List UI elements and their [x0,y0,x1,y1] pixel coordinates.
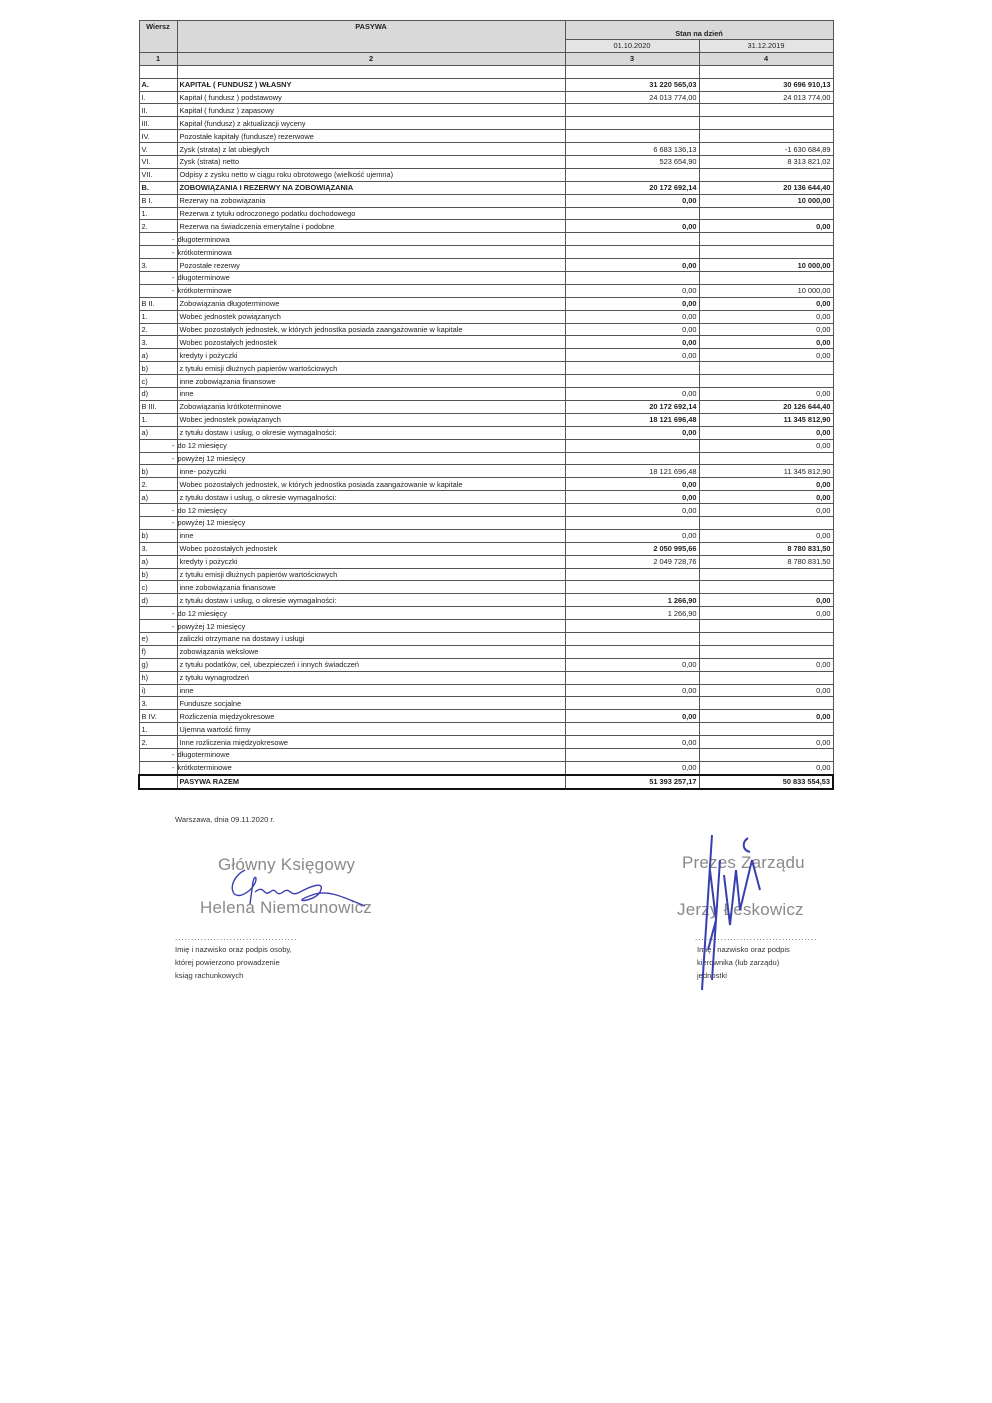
row-id: d) [139,594,177,607]
value-previous [699,581,833,594]
table-row: -krótkoterminowa [139,246,833,259]
row-id: B II. [139,297,177,310]
value-current: 0,00 [565,297,699,310]
value-current [565,272,699,285]
row-label: inne- pożyczki [177,465,565,478]
table-spacer-row [139,65,833,78]
row-id: e) [139,632,177,645]
value-previous [699,233,833,246]
table-row: g)z tytułu podatków, ceł, ubezpieczeń i … [139,658,833,671]
row-label: inne zobowiązania finansowe [177,581,565,594]
value-previous: 0,00 [699,336,833,349]
row-label: krótkoterminowe [177,284,565,297]
row-id: 1. [139,413,177,426]
table-row: -krótkoterminowe0,000,00 [139,761,833,774]
row-label: kredyty i pożyczki [177,555,565,568]
row-id: i) [139,684,177,697]
row-id: c) [139,581,177,594]
value-previous: 11 345 812,90 [699,465,833,478]
value-current: 1 266,90 [565,607,699,620]
value-current: 0,00 [565,710,699,723]
row-id: B III. [139,400,177,413]
value-previous [699,671,833,684]
left-caption-line-3: ksiąg rachunkowych [175,971,243,980]
table-row: -do 12 miesięcy1 266,900,00 [139,607,833,620]
table-row: d)z tytułu dostaw i usług, o okresie wym… [139,594,833,607]
row-id: 3. [139,542,177,555]
row-label: Pozostałe kapitały (fundusze) rezerwowe [177,130,565,143]
row-id: f) [139,645,177,658]
row-id: 3. [139,336,177,349]
total-row: PASYWA RAZEM51 393 257,1750 833 554,53 [139,775,833,789]
table-row: -powyżej 12 miesięcy [139,620,833,633]
row-id: III. [139,117,177,130]
balance-sheet-page: Wiersz PASYWA Stan na dzień 01.10.2020 3… [0,0,992,1403]
table-row: A.KAPITAŁ ( FUNDUSZ ) WŁASNY31 220 565,0… [139,78,833,91]
value-previous: 0,00 [699,684,833,697]
row-id: - [139,246,177,259]
table-row: -krótkoterminowe0,0010 000,00 [139,284,833,297]
value-previous: 0,00 [699,323,833,336]
value-previous [699,697,833,710]
table-header-row: Wiersz PASYWA Stan na dzień [139,21,833,40]
row-id: A. [139,78,177,91]
row-id: V. [139,143,177,156]
table-row: b)z tytułu emisji dłużnych papierów wart… [139,568,833,581]
row-label: PASYWA RAZEM [177,775,565,789]
row-label: powyżej 12 miesięcy [177,452,565,465]
table-row: c)inne zobowiązania finansowe [139,581,833,594]
header-state-as-of: Stan na dzień [565,21,833,40]
row-label: zaliczki otrzymane na dostawy i usługi [177,632,565,645]
row-label: z tytułu emisji dłużnych papierów wartoś… [177,568,565,581]
liabilities-table: Wiersz PASYWA Stan na dzień 01.10.2020 3… [138,20,834,790]
value-current [565,516,699,529]
row-id: b) [139,568,177,581]
row-id: h) [139,671,177,684]
table-row: i)inne0,000,00 [139,684,833,697]
table-row: a)z tytułu dostaw i usług, o okresie wym… [139,491,833,504]
value-current: 0,00 [565,323,699,336]
row-label: Wobec pozostałych jednostek [177,542,565,555]
value-previous: 0,00 [699,736,833,749]
table-row: 1.Ujemna wartość firmy [139,723,833,736]
value-current: 0,00 [565,684,699,697]
table-row: B I.Rezerwy na zobowiązania0,0010 000,00 [139,194,833,207]
row-label: inne [177,529,565,542]
row-label: kredyty i pożyczki [177,349,565,362]
value-current: 18 121 696,48 [565,413,699,426]
value-current: 0,00 [565,426,699,439]
value-previous [699,568,833,581]
row-label: Rozliczenia międzyokresowe [177,710,565,723]
row-label: powyżej 12 miesięcy [177,516,565,529]
table-row: 2.Inne rozliczenia międzyokresowe0,000,0… [139,736,833,749]
row-id: 1. [139,310,177,323]
value-current: 0,00 [565,491,699,504]
row-label: Kapitał ( fundusz ) zapasowy [177,104,565,117]
value-current [565,207,699,220]
value-previous [699,117,833,130]
table-row: -długoterminowe [139,748,833,761]
value-previous: 11 345 812,90 [699,413,833,426]
value-current [565,104,699,117]
value-previous: 0,00 [699,761,833,774]
row-label: powyżej 12 miesięcy [177,620,565,633]
value-current: 0,00 [565,310,699,323]
value-previous: 0,00 [699,426,833,439]
value-current: 0,00 [565,529,699,542]
table-row: a)kredyty i pożyczki2 049 728,768 780 83… [139,555,833,568]
table-row: 2.Wobec pozostałych jednostek, w których… [139,478,833,491]
row-label: z tytułu dostaw i usług, o okresie wymag… [177,426,565,439]
row-id: - [139,452,177,465]
row-label: krótkoterminowe [177,761,565,774]
row-label: inne [177,684,565,697]
table-row: -do 12 miesięcy0,00 [139,439,833,452]
value-previous: 8 313 821,02 [699,156,833,169]
table-row: 1.Rezerwa z tytułu odroczonego podatku d… [139,207,833,220]
table-row: II.Kapitał ( fundusz ) zapasowy [139,104,833,117]
row-label: do 12 miesięcy [177,504,565,517]
row-id: - [139,748,177,761]
row-id: 2. [139,323,177,336]
row-label: długoterminowe [177,748,565,761]
row-id: B. [139,181,177,194]
value-current: 1 266,90 [565,594,699,607]
table-row: 2.Rezerwa na świadczenia emerytalne i po… [139,220,833,233]
header-num-2: 2 [177,52,565,65]
table-row: I.Kapitał ( fundusz ) podstawowy24 013 7… [139,91,833,104]
value-previous [699,723,833,736]
row-id: IV. [139,130,177,143]
table-row: VII.Odpisy z zysku netto w ciągu roku ob… [139,168,833,181]
value-previous [699,207,833,220]
row-label: Rezerwa na świadczenia emerytalne i podo… [177,220,565,233]
value-current: 0,00 [565,504,699,517]
value-current: 0,00 [565,194,699,207]
row-id: - [139,504,177,517]
row-id: d) [139,388,177,401]
value-current [565,130,699,143]
row-id: II. [139,104,177,117]
row-label: inne zobowiązania finansowe [177,375,565,388]
value-previous: 0,00 [699,710,833,723]
row-id: - [139,761,177,774]
row-label: ZOBOWIĄZANIA I REZERWY NA ZOBOWIĄZANIA [177,181,565,194]
table-row: c)inne zobowiązania finansowe [139,375,833,388]
value-current [565,632,699,645]
value-current: 0,00 [565,478,699,491]
value-current: 2 050 995,66 [565,542,699,555]
value-current: 2 049 728,76 [565,555,699,568]
left-signature-line: ...................................... [175,933,297,942]
table-row: III.Kapitał (fundusz) z aktualizacji wyc… [139,117,833,130]
table-row: 3.Wobec pozostałych jednostek0,000,00 [139,336,833,349]
row-id: 2. [139,478,177,491]
row-id: VI. [139,156,177,169]
value-current: 24 013 774,00 [565,91,699,104]
table-row: a)kredyty i pożyczki0,000,00 [139,349,833,362]
value-previous: 0,00 [699,529,833,542]
row-id: b) [139,362,177,375]
row-id: - [139,272,177,285]
value-current [565,168,699,181]
value-current [565,117,699,130]
value-previous [699,130,833,143]
row-id: 2. [139,736,177,749]
row-label: długoterminowe [177,272,565,285]
row-label: z tytułu podatków, ceł, ubezpieczeń i in… [177,658,565,671]
table-row: b)z tytułu emisji dłużnych papierów wart… [139,362,833,375]
value-current: 523 654,90 [565,156,699,169]
value-previous [699,748,833,761]
value-previous [699,104,833,117]
table-row: -do 12 miesięcy0,000,00 [139,504,833,517]
row-label: Ujemna wartość firmy [177,723,565,736]
value-previous: 0,00 [699,478,833,491]
row-id: a) [139,349,177,362]
value-current [565,671,699,684]
value-current: 0,00 [565,761,699,774]
value-previous [699,375,833,388]
table-row: -powyżej 12 miesięcy [139,516,833,529]
value-previous [699,516,833,529]
row-label: z tytułu wynagrodzeń [177,671,565,684]
value-previous [699,632,833,645]
value-previous [699,272,833,285]
table-row: a)z tytułu dostaw i usług, o okresie wym… [139,426,833,439]
row-label: Inne rozliczenia międzyokresowe [177,736,565,749]
table-row: 3.Wobec pozostałych jednostek2 050 995,6… [139,542,833,555]
table-row: -powyżej 12 miesięcy [139,452,833,465]
row-id: g) [139,658,177,671]
value-previous: 0,00 [699,349,833,362]
value-previous: 0,00 [699,297,833,310]
value-previous: 0,00 [699,594,833,607]
value-current: 51 393 257,17 [565,775,699,789]
table-row: e)zaliczki otrzymane na dostawy i usługi [139,632,833,645]
value-current [565,568,699,581]
value-previous: 30 696 910,13 [699,78,833,91]
value-current: 18 121 696,48 [565,465,699,478]
row-id: b) [139,465,177,478]
value-current [565,233,699,246]
table-row: B IV.Rozliczenia międzyokresowe0,000,00 [139,710,833,723]
row-label: Zysk (strata) netto [177,156,565,169]
header-row-number: Wiersz [139,21,177,53]
row-label: Zobowiązania krótkoterminowe [177,400,565,413]
table-row: B.ZOBOWIĄZANIA I REZERWY NA ZOBOWIĄZANIA… [139,181,833,194]
value-current [565,620,699,633]
row-label: Rezerwy na zobowiązania [177,194,565,207]
row-id: B I. [139,194,177,207]
row-label: Kapitał (fundusz) z aktualizacji wyceny [177,117,565,130]
left-caption-line-2: której powierzono prowadzenie [175,958,280,967]
value-previous [699,168,833,181]
value-current: 20 172 692,14 [565,181,699,194]
value-current [565,581,699,594]
value-previous [699,645,833,658]
header-num-4: 4 [699,52,833,65]
president-signature [690,830,780,1000]
value-previous: 0,00 [699,439,833,452]
value-previous: 10 000,00 [699,194,833,207]
row-id: - [139,284,177,297]
row-id: c) [139,375,177,388]
table-row: 1.Wobec jednostek powiązanych18 121 696,… [139,413,833,426]
value-current: 20 172 692,14 [565,400,699,413]
row-label: Odpisy z zysku netto w ciągu roku obroto… [177,168,565,181]
value-current: 0,00 [565,388,699,401]
row-label: zobowiązania wekslowe [177,645,565,658]
row-label: Zysk (strata) z lat ubiegłych [177,143,565,156]
value-current [565,439,699,452]
row-id: 1. [139,723,177,736]
value-current: 0,00 [565,220,699,233]
value-current: 0,00 [565,284,699,297]
row-id: - [139,516,177,529]
value-previous: 24 013 774,00 [699,91,833,104]
row-id: b) [139,529,177,542]
value-previous [699,620,833,633]
header-date-previous: 31.12.2019 [699,40,833,53]
table-row: B II.Zobowiązania długoterminowe0,000,00 [139,297,833,310]
value-current: 6 683 136,13 [565,143,699,156]
value-current: 0,00 [565,658,699,671]
value-current [565,246,699,259]
value-current [565,697,699,710]
table-row: f)zobowiązania wekslowe [139,645,833,658]
value-previous: 10 000,00 [699,259,833,272]
value-current [565,452,699,465]
row-label: Wobec jednostek powiązanych [177,413,565,426]
row-id: 1. [139,207,177,220]
value-previous: 0,00 [699,658,833,671]
header-num-1: 1 [139,52,177,65]
value-current [565,375,699,388]
left-caption-line-1: Imię i nazwisko oraz podpis osoby, [175,945,292,954]
row-id: 3. [139,697,177,710]
value-previous: 0,00 [699,388,833,401]
row-label: długoterminowa [177,233,565,246]
value-previous: 20 136 644,40 [699,181,833,194]
value-previous [699,362,833,375]
table-row: 3.Pozostałe rezerwy0,0010 000,00 [139,259,833,272]
value-current: 0,00 [565,349,699,362]
row-label: z tytułu dostaw i usług, o okresie wymag… [177,491,565,504]
value-previous: 0,00 [699,607,833,620]
row-id: VII. [139,168,177,181]
header-num-3: 3 [565,52,699,65]
row-id: a) [139,426,177,439]
table-row: V.Zysk (strata) z lat ubiegłych6 683 136… [139,143,833,156]
table-row: IV.Pozostałe kapitały (fundusze) rezerwo… [139,130,833,143]
value-current: 0,00 [565,336,699,349]
row-id: a) [139,555,177,568]
value-previous: 50 833 554,53 [699,775,833,789]
row-id [139,775,177,789]
header-date-current: 01.10.2020 [565,40,699,53]
table-row: h)z tytułu wynagrodzeń [139,671,833,684]
row-label: z tytułu emisji dłużnych papierów wartoś… [177,362,565,375]
table-row: -długoterminowe [139,272,833,285]
row-label: Pozostałe rezerwy [177,259,565,272]
row-label: krótkoterminowa [177,246,565,259]
value-previous [699,452,833,465]
table-header-numbers: 1 2 3 4 [139,52,833,65]
value-current [565,362,699,375]
row-label: Wobec pozostałych jednostek, w których j… [177,323,565,336]
row-id: I. [139,91,177,104]
row-id: a) [139,491,177,504]
row-id: - [139,439,177,452]
value-current [565,645,699,658]
row-label: Kapitał ( fundusz ) podstawowy [177,91,565,104]
table-row: b)inne0,000,00 [139,529,833,542]
row-label: Wobec pozostałych jednostek, w których j… [177,478,565,491]
row-label: Wobec jednostek powiązanych [177,310,565,323]
place-and-date: Warszawa, dnia 09.11.2020 r. [175,815,275,824]
value-previous: 10 000,00 [699,284,833,297]
row-label: z tytułu dostaw i usług, o okresie wymag… [177,594,565,607]
row-id: - [139,233,177,246]
header-liabilities: PASYWA [177,21,565,53]
value-previous: 0,00 [699,220,833,233]
row-id: B IV. [139,710,177,723]
row-label: Wobec pozostałych jednostek [177,336,565,349]
table-row: VI.Zysk (strata) netto523 654,908 313 82… [139,156,833,169]
table-row: d)inne0,000,00 [139,388,833,401]
table-row: 2.Wobec pozostałych jednostek, w których… [139,323,833,336]
row-label: do 12 miesięcy [177,439,565,452]
row-label: inne [177,388,565,401]
value-previous: -1 630 684,89 [699,143,833,156]
table-row: 3.Fundusze socjalne [139,697,833,710]
row-id: 2. [139,220,177,233]
value-previous: 8 780 831,50 [699,542,833,555]
row-id: 3. [139,259,177,272]
value-current: 31 220 565,03 [565,78,699,91]
value-current [565,723,699,736]
row-label: do 12 miesięcy [177,607,565,620]
table-row: 1.Wobec jednostek powiązanych0,000,00 [139,310,833,323]
value-previous: 0,00 [699,504,833,517]
value-current: 0,00 [565,736,699,749]
value-previous: 0,00 [699,491,833,504]
value-previous [699,246,833,259]
value-previous: 8 780 831,50 [699,555,833,568]
row-label: Fundusze socjalne [177,697,565,710]
table-row: -długoterminowa [139,233,833,246]
value-current: 0,00 [565,259,699,272]
table-row: b)inne- pożyczki18 121 696,4811 345 812,… [139,465,833,478]
chief-accountant-signature [205,862,375,912]
row-id: - [139,607,177,620]
row-label: Rezerwa z tytułu odroczonego podatku doc… [177,207,565,220]
value-previous: 0,00 [699,310,833,323]
value-current [565,748,699,761]
value-previous: 20 126 644,40 [699,400,833,413]
row-label: KAPITAŁ ( FUNDUSZ ) WŁASNY [177,78,565,91]
row-id: - [139,620,177,633]
row-label: Zobowiązania długoterminowe [177,297,565,310]
table-row: B III.Zobowiązania krótkoterminowe20 172… [139,400,833,413]
